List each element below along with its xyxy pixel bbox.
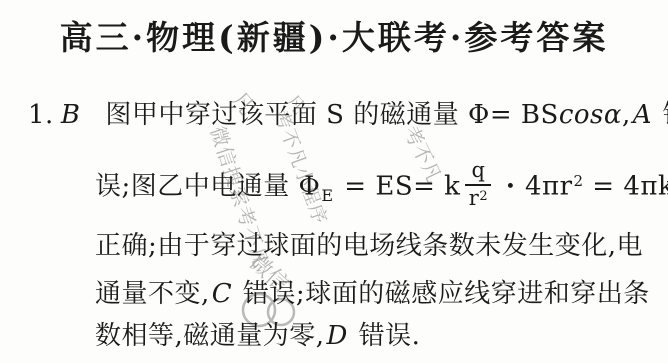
body-line-3: 正确;由于穿过球面的电场线条数未发生变化,电 [95,232,643,262]
line5-tail: 错误. [350,321,421,351]
fraction-denominator-base: r [469,186,480,210]
body-line-5: 数相等,磁通量为零,D 错误. [95,322,420,352]
line2-result: = 4πkq, [584,172,668,202]
line1-cos-alpha: cosα [559,100,622,130]
question-number: 1. [28,100,54,130]
page-title: 高三·物理(新疆)·大联考·参考答案 [0,12,668,59]
line2-text: 误;图乙中电通量 Φ [95,172,320,202]
line1-option-a: A [633,100,652,130]
answer-sheet-page: 凡 微信搜索考不凡 凡 考不凡小程序 考不凡 微信 高三·物理(新疆)·大联考·… [0,0,668,363]
line1-tail: 错 [654,100,668,130]
line2-4pir: 4πr [525,172,573,202]
line4-tail: 错误;球面的磁感应线穿进和穿出条 [234,279,650,309]
fraction-denominator: r2 [465,186,491,209]
line1-comma: , [622,100,631,130]
formula-fraction: qr2 [465,160,491,209]
line2-equals-es: = ES= k [336,172,461,202]
body-line-1: 1.B图甲中穿过该平面 S 的磁通量 Φ= BScosα,A 错 [28,101,668,131]
phi-subscript: E [321,186,333,205]
fraction-denominator-exponent: 2 [479,189,488,204]
answer-letter: B [61,100,81,130]
line3-text: 正确;由于穿过球面的电场线条数未发生变化,电 [95,231,643,261]
line4-text: 通量不变, [95,279,210,309]
line5-option-d: D [327,321,348,351]
body-line-2: 误;图乙中电通量 ΦE = ES= kqr2•4πr2 = 4πkq,B [95,163,668,212]
body-line-4: 通量不变,C 错误;球面的磁感应线穿进和穿出条 [95,280,650,310]
line1-text: 图甲中穿过该平面 S 的磁通量 Φ= BS [105,100,558,130]
line4-option-c: C [212,279,232,309]
multiplication-dot: • [505,177,516,197]
fraction-numerator: q [465,160,491,186]
line5-text: 数相等,磁通量为零, [95,321,325,351]
r-squared-exponent: 2 [574,172,584,190]
